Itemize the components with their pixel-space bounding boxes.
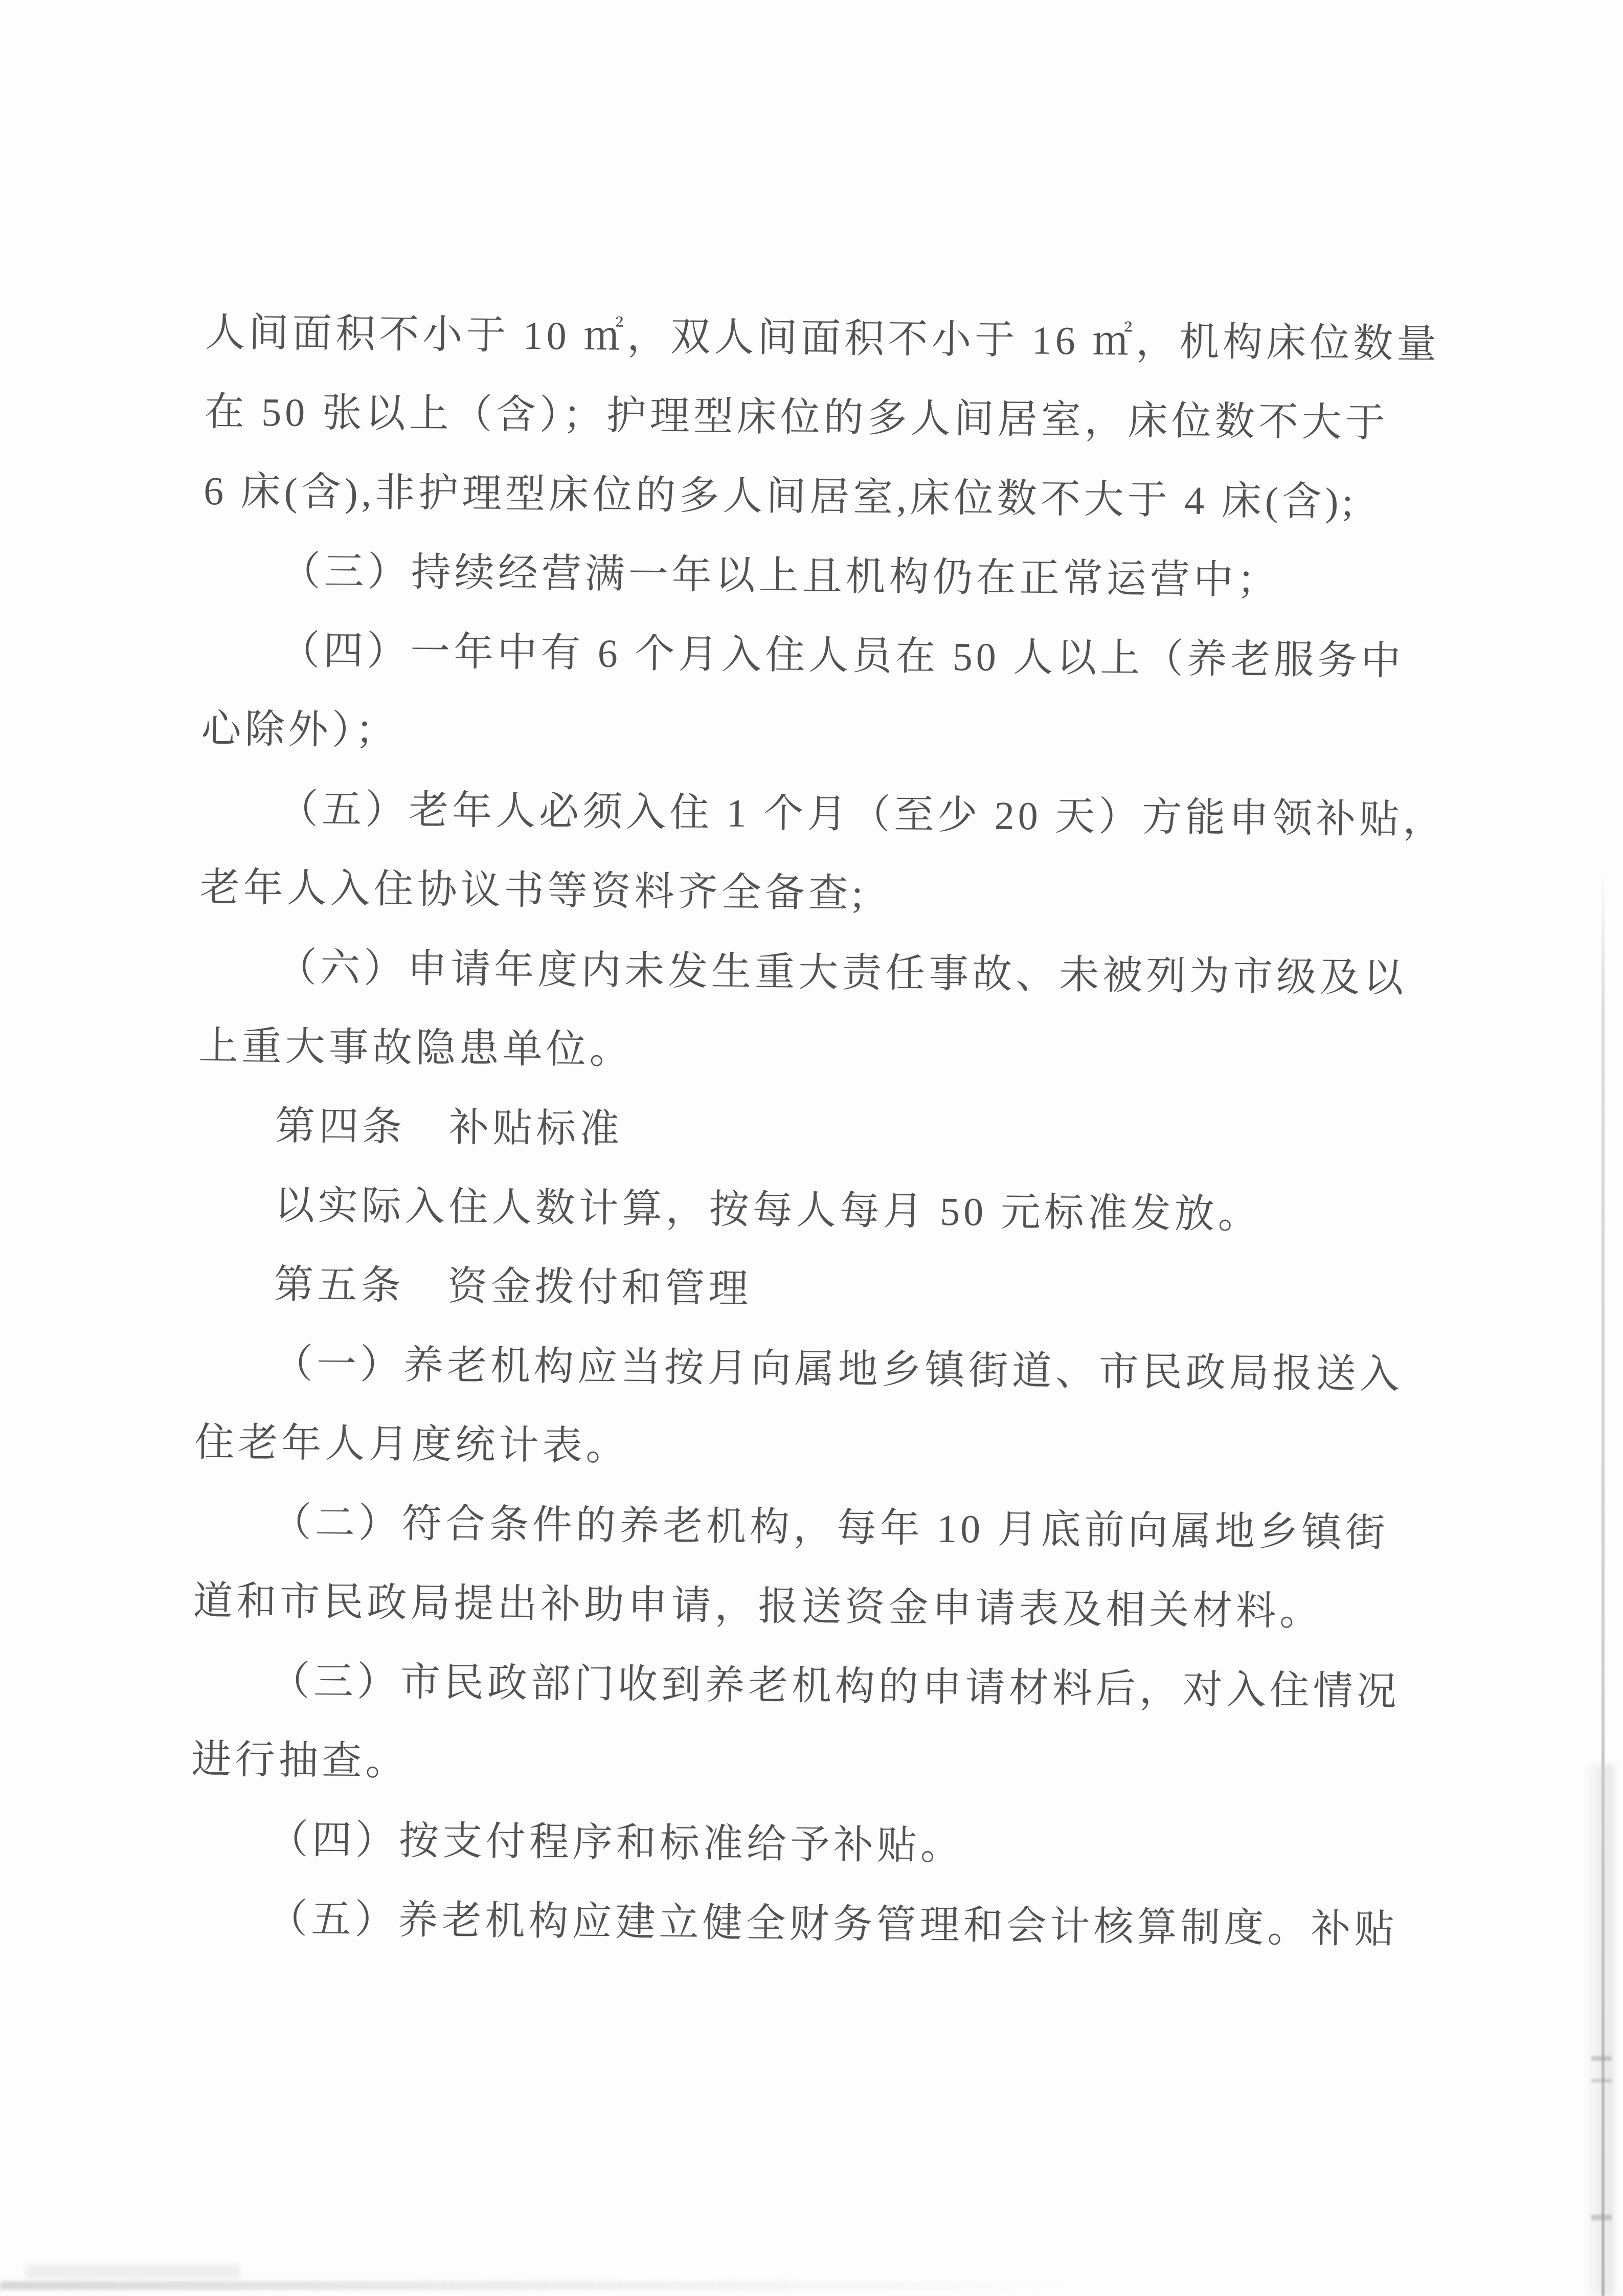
text-line: 心除外）；: [201, 689, 1439, 780]
scan-edge-smudge: [1591, 2056, 1612, 2061]
text-line: 人间面积不小于 10 ㎡，双人间面积不小于 16 ㎡，机构床位数量: [205, 293, 1443, 384]
text-line: （三）持续经营满一年以上且机构仍在正常运营中；: [202, 530, 1440, 621]
text-line: 第五条 资金拨付和管理: [196, 1244, 1434, 1335]
scan-bottom-smudge: [26, 2265, 240, 2279]
text-line: 住老年人月度统计表。: [194, 1402, 1432, 1493]
text-line: 第四条 补贴标准: [197, 1085, 1435, 1176]
text-line: （一）养老机构应当按月向属地乡镇街道、市民政局报送入: [195, 1323, 1433, 1414]
text-line: （六）申请年度内未发生重大责任事故、未被列为市级及以: [199, 927, 1437, 1018]
text-line: 道和市民政局提出补助申请，报送资金申请表及相关材料。: [193, 1561, 1431, 1652]
document-page: 人间面积不小于 10 ㎡，双人间面积不小于 16 ㎡，机构床位数量在 50 张以…: [0, 0, 1623, 2296]
text-line: 6 床(含),非护理型床位的多人间居室,床位数不大于 4 床(含);: [204, 451, 1441, 542]
text-line: （三）市民政部门收到养老机构的申请材料后，对入住情况: [192, 1640, 1430, 1731]
scan-bottom-smudge: [0, 2281, 1074, 2290]
text-line: 进行抽查。: [191, 1720, 1429, 1811]
text-line: 老年人入住协议书等资料齐全备查;: [199, 848, 1437, 939]
scan-edge-smudge: [1591, 2215, 1612, 2220]
text-line: （四）一年中有 6 个月入住人员在 50 人以上（养老服务中: [202, 610, 1440, 701]
text-line: （五）老年人必须入住 1 个月（至少 20 天）方能申领补贴，: [200, 768, 1438, 859]
text-line: 上重大事故隐患单位。: [198, 1006, 1436, 1097]
document-body: 人间面积不小于 10 ㎡，双人间面积不小于 16 ㎡，机构床位数量在 50 张以…: [190, 293, 1443, 1969]
text-line: （五）养老机构应建立健全财务管理和会计核算制度。补贴: [190, 1878, 1428, 1969]
text-line: 在 50 张以上（含）；护理型床位的多人间居室，床位数不大于: [204, 372, 1442, 463]
text-line: （四）按支付程序和标准给予补贴。: [190, 1799, 1428, 1890]
text-line: 以实际入住人数计算，按每人每月 50 元标准发放。: [196, 1165, 1434, 1256]
text-line: （二）符合条件的养老机构，每年 10 月底前向属地乡镇街: [193, 1482, 1431, 1573]
scan-edge-smudge: [1591, 2079, 1612, 2082]
